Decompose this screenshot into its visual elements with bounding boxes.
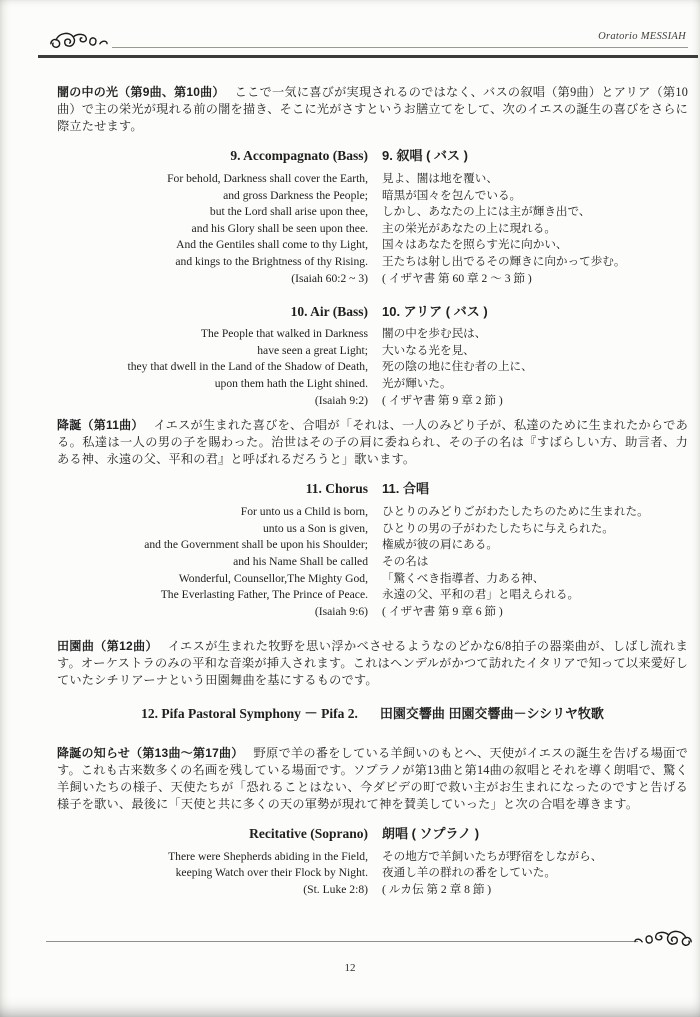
- koutan-paragraph: 降誕（第11曲）イエスが生まれた喜びを、合唱が「それは、一人のみどり子が、私達の…: [57, 417, 688, 468]
- section-9-heading: 9. Accompagnato (Bass) 9. 叙唱 ( バス ): [57, 147, 688, 165]
- section-11-heading: 11. Chorus 11. 合唱: [57, 480, 688, 498]
- verse-line: ひとりのみどりごがわたしたちのために生まれた。: [382, 504, 688, 521]
- verse-citation: (Isaiah 60:2 ~ 3): [57, 271, 368, 288]
- verse-line: 王たちは射し出でるその輝きに向かって歩む。: [382, 254, 688, 271]
- verse-column-en: There were Shepherds abiding in the Fiel…: [57, 849, 368, 899]
- heading-ja: 田園交響曲 田園交響曲－シシリヤ牧歌: [380, 706, 604, 721]
- verse-line: 大いなる光を見、: [382, 343, 688, 360]
- section-12-heading: 12. Pifa Pastoral Symphony － Pifa 2.田園交響…: [57, 705, 688, 723]
- intro-paragraph: 闇の中の光（第9曲、第10曲）ここで一気に喜びが実現されるのではなく、バスの叙唱…: [57, 84, 688, 135]
- verse-line: 権威が彼の肩にある。: [382, 537, 688, 554]
- denen-paragraph: 田園曲（第12曲）イエスが生まれた牧野を思い浮かべさせるようなのどかな6/8拍子…: [57, 638, 688, 689]
- verse-line: and gross Darkness the People;: [57, 188, 368, 205]
- verse-citation: (Isaiah 9:2): [57, 393, 368, 410]
- section-10-heading: 10. Air (Bass) 10. アリア ( バス ): [57, 303, 688, 321]
- verse-citation: (St. Luke 2:8): [57, 882, 368, 899]
- verse-line: 夜通し羊の群れの番をしていた。: [382, 865, 688, 882]
- paragraph-lead: 闇の中の光（第9曲、第10曲）: [57, 85, 225, 99]
- heading-en: 9. Accompagnato (Bass): [57, 147, 368, 165]
- paragraph-body: イエスが生まれた喜びを、合唱が「それは、一人のみどり子が、私達のために生まれたか…: [57, 418, 688, 466]
- header-rule-thin: [112, 47, 688, 48]
- heading-ja: 9. 叙唱 ( バス ): [382, 147, 688, 165]
- section-11-verse: For unto us a Child is born, unto us a S…: [57, 504, 688, 620]
- verse-column-en: The People that walked in Darkness have …: [57, 326, 368, 409]
- heading-en: 12. Pifa Pastoral Symphony － Pifa 2.: [141, 706, 358, 721]
- shirase-paragraph: 降誕の知らせ（第13曲～第17曲）野原で羊の番をしている羊飼いのもとへ、天使がイ…: [57, 745, 688, 813]
- verse-line: 主の栄光があなたの上に現れる。: [382, 221, 688, 238]
- verse-citation: (Isaiah 9:6): [57, 604, 368, 621]
- paragraph-lead: 田園曲（第12曲）: [57, 639, 158, 653]
- verse-line: 死の陰の地に住む者の上に、: [382, 359, 688, 376]
- verse-column-en: For unto us a Child is born, unto us a S…: [57, 504, 368, 620]
- verse-line: have seen a great Light;: [57, 343, 368, 360]
- verse-line: they that dwell in the Land of the Shado…: [57, 359, 368, 376]
- verse-column-ja: ひとりのみどりごがわたしたちのために生まれた。 ひとりの男の子がわたしたちに与え…: [382, 504, 688, 620]
- verse-line: 永遠の父、平和の君」と唱えられる。: [382, 587, 688, 604]
- verse-line: There were Shepherds abiding in the Fiel…: [57, 849, 368, 866]
- verse-column-ja: 闇の中を歩む民は、 大いなる光を見、 死の陰の地に住む者の上に、 光が輝いた。 …: [382, 326, 688, 409]
- heading-ja: 朗唱 ( ソプラノ ): [382, 825, 688, 843]
- header-rule-thick: [38, 55, 698, 58]
- verse-line: The People that walked in Darkness: [57, 326, 368, 343]
- heading-ja: 10. アリア ( バス ): [382, 303, 688, 321]
- verse-line: 見よ、闇は地を覆い、: [382, 171, 688, 188]
- verse-line: but the Lord shall arise upon thee,: [57, 204, 368, 221]
- verse-line: その名は: [382, 554, 688, 571]
- verse-line: 「驚くべき指導者、力ある神、: [382, 571, 688, 588]
- verse-line: 闇の中を歩む民は、: [382, 326, 688, 343]
- verse-line: その地方で羊飼いたちが野宿をしながら、: [382, 849, 688, 866]
- heading-en: Recitative (Soprano): [57, 825, 368, 843]
- heading-ja: 11. 合唱: [382, 480, 688, 498]
- heading-en: 11. Chorus: [57, 480, 368, 498]
- verse-line: keeping Watch over their Flock by Night.: [57, 865, 368, 882]
- header-brand: Oratorio MESSIAH: [598, 31, 686, 42]
- verse-citation: ( イザヤ書 第 9 章 6 節 ): [382, 604, 688, 621]
- verse-citation: ( ルカ伝 第 2 章 8 節 ): [382, 882, 688, 899]
- flourish-icon: [628, 926, 694, 957]
- verse-line: The Everlasting Father, The Prince of Pe…: [57, 587, 368, 604]
- verse-line: 国々はあなたを照らす光に向かい、: [382, 237, 688, 254]
- verse-line: And the Gentiles shall come to thy Light…: [57, 237, 368, 254]
- verse-column-ja: 見よ、闇は地を覆い、 暗黒が国々を包んでいる。 しかし、あなたの上には主が輝き出…: [382, 171, 688, 287]
- main-content: 闇の中の光（第9曲、第10曲）ここで一気に喜びが実現されるのではなく、バスの叙唱…: [57, 72, 688, 899]
- verse-line: 光が輝いた。: [382, 376, 688, 393]
- section-10-verse: The People that walked in Darkness have …: [57, 326, 688, 409]
- page-number: 12: [0, 962, 700, 974]
- verse-citation: ( イザヤ書 第 60 章 2 ～ 3 節 ): [382, 271, 688, 288]
- verse-line: For behold, Darkness shall cover the Ear…: [57, 171, 368, 188]
- paragraph-lead: 降誕の知らせ（第13曲～第17曲）: [57, 746, 244, 760]
- verse-column-en: For behold, Darkness shall cover the Ear…: [57, 171, 368, 287]
- section-9-verse: For behold, Darkness shall cover the Ear…: [57, 171, 688, 287]
- verse-line: and his Glory shall be seen upon thee.: [57, 221, 368, 238]
- heading-en: 10. Air (Bass): [57, 303, 368, 321]
- verse-line: and the Government shall be upon his Sho…: [57, 537, 368, 554]
- verse-citation: ( イザヤ書 第 9 章 2 節 ): [382, 393, 688, 410]
- footer-rule: [46, 941, 638, 942]
- verse-line: 暗黒が国々を包んでいる。: [382, 188, 688, 205]
- verse-column-ja: その地方で羊飼いたちが野宿をしながら、 夜通し羊の群れの番をしていた。 ( ルカ…: [382, 849, 688, 899]
- verse-line: unto us a Son is given,: [57, 521, 368, 538]
- verse-line: and his Name Shall be called: [57, 554, 368, 571]
- verse-line: upon them hath the Light shined.: [57, 376, 368, 393]
- paragraph-lead: 降誕（第11曲）: [57, 418, 144, 432]
- verse-line: ひとりの男の子がわたしたちに与えられた。: [382, 521, 688, 538]
- verse-line: しかし、あなたの上には主が輝き出で、: [382, 204, 688, 221]
- document-page: Oratorio MESSIAH 闇の中の光（第9曲、第10曲）ここで一気に喜び…: [0, 0, 700, 1017]
- verse-line: and kings to the Brightness of thy Risin…: [57, 254, 368, 271]
- recitative-heading: Recitative (Soprano) 朗唱 ( ソプラノ ): [57, 825, 688, 843]
- verse-line: For unto us a Child is born,: [57, 504, 368, 521]
- verse-line: Wonderful, Counsellor,The Mighty God,: [57, 571, 368, 588]
- recitative-verse: There were Shepherds abiding in the Fiel…: [57, 849, 688, 899]
